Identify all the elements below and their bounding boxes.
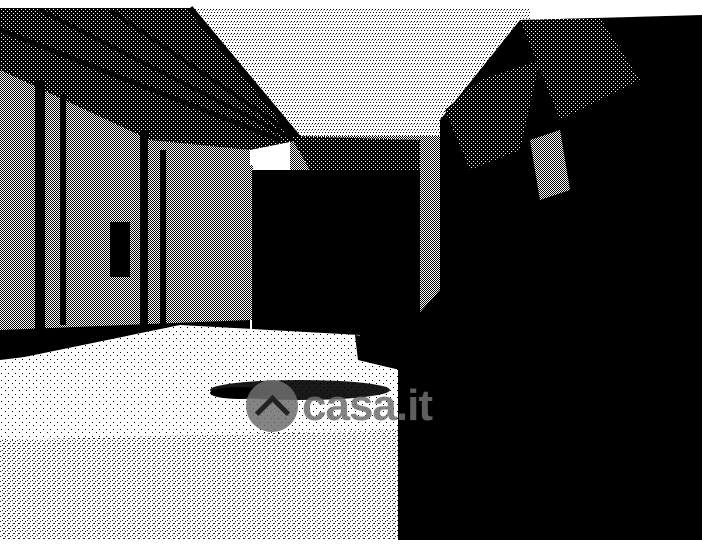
courtyard-photo: casa.it xyxy=(0,0,702,544)
photo-scene xyxy=(0,0,702,544)
